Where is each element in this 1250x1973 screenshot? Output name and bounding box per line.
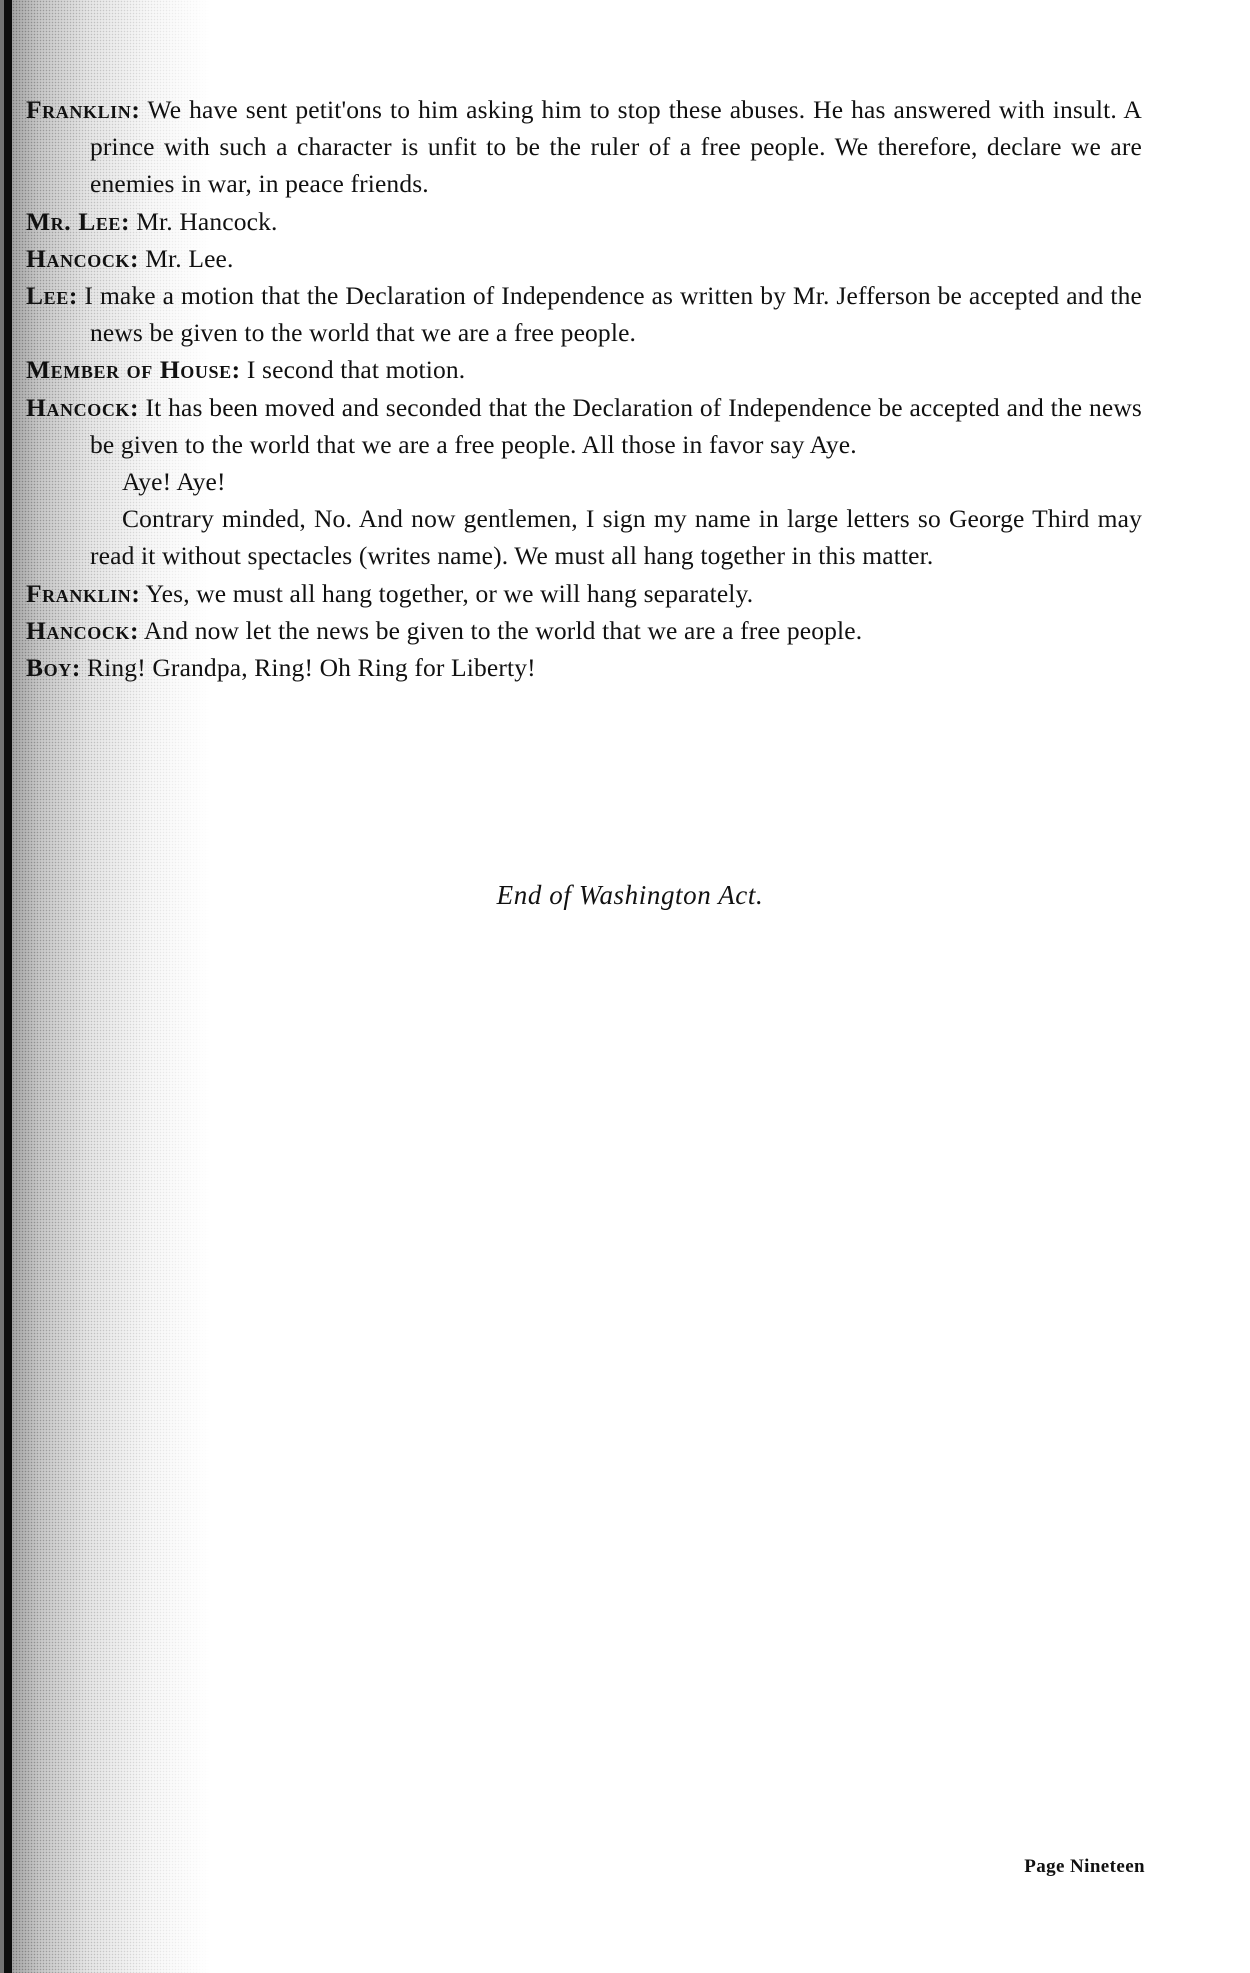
dialogue-text: It has been moved and seconded that the … [90,393,1142,459]
speaker-name: Member of House [26,355,232,384]
dialogue-text: Yes, we must all hang together, or we wi… [146,579,754,608]
dialogue-text: I make a motion that the Declaration of … [84,281,1142,347]
dialogue-text: We have sent petit'ons to him asking him… [90,95,1142,198]
dialogue-line-hancock: Hancock: It has been moved and seconded … [26,389,1142,463]
speaker-name: Mr. Lee [26,207,121,236]
dialogue-line-hancock: Hancock: Mr. Lee. [26,240,1142,277]
dialogue-text: Ring! Grandpa, Ring! Oh Ring for Liberty… [87,653,536,682]
end-of-act-note: End of Washington Act. [0,880,1250,911]
dialogue-continuation: Contrary minded, No. And now gentlemen, … [26,500,1142,574]
dialogue-line-mr-lee: Mr. Lee: Mr. Hancock. [26,203,1142,240]
dialogue-continuation: Aye! Aye! [26,463,1142,500]
dialogue-line-lee: Lee: I make a motion that the Declaratio… [26,277,1142,351]
speaker-name: Boy [26,653,72,682]
speaker-name: Franklin [26,579,131,608]
dialogue-text: I second that motion. [247,355,465,384]
speaker-name: Hancock [26,244,130,273]
speaker-name: Franklin [26,95,131,124]
dialogue-line-franklin: Franklin: Yes, we must all hang together… [26,575,1142,612]
dialogue-line-franklin: Franklin: We have sent petit'ons to him … [26,91,1142,203]
dialogue-text: Mr. Lee. [145,244,233,273]
speaker-name: Lee [26,281,69,310]
dialogue-text: Mr. Hancock. [136,207,277,236]
speaker-name: Hancock [26,393,130,422]
dialogue-line-boy: Boy: Ring! Grandpa, Ring! Oh Ring for Li… [26,649,1142,686]
page-number: Page Nineteen [1024,1856,1145,1878]
dialogue-line-hancock: Hancock: And now let the news be given t… [26,612,1142,649]
book-page: Franklin: We have sent petit'ons to him … [0,0,1250,1973]
play-script: Franklin: We have sent petit'ons to him … [26,91,1142,686]
speaker-name: Hancock [26,616,130,645]
dialogue-text: And now let the news be given to the wor… [144,616,862,645]
dialogue-line-member-of-house: Member of House: I second that motion. [26,351,1142,388]
